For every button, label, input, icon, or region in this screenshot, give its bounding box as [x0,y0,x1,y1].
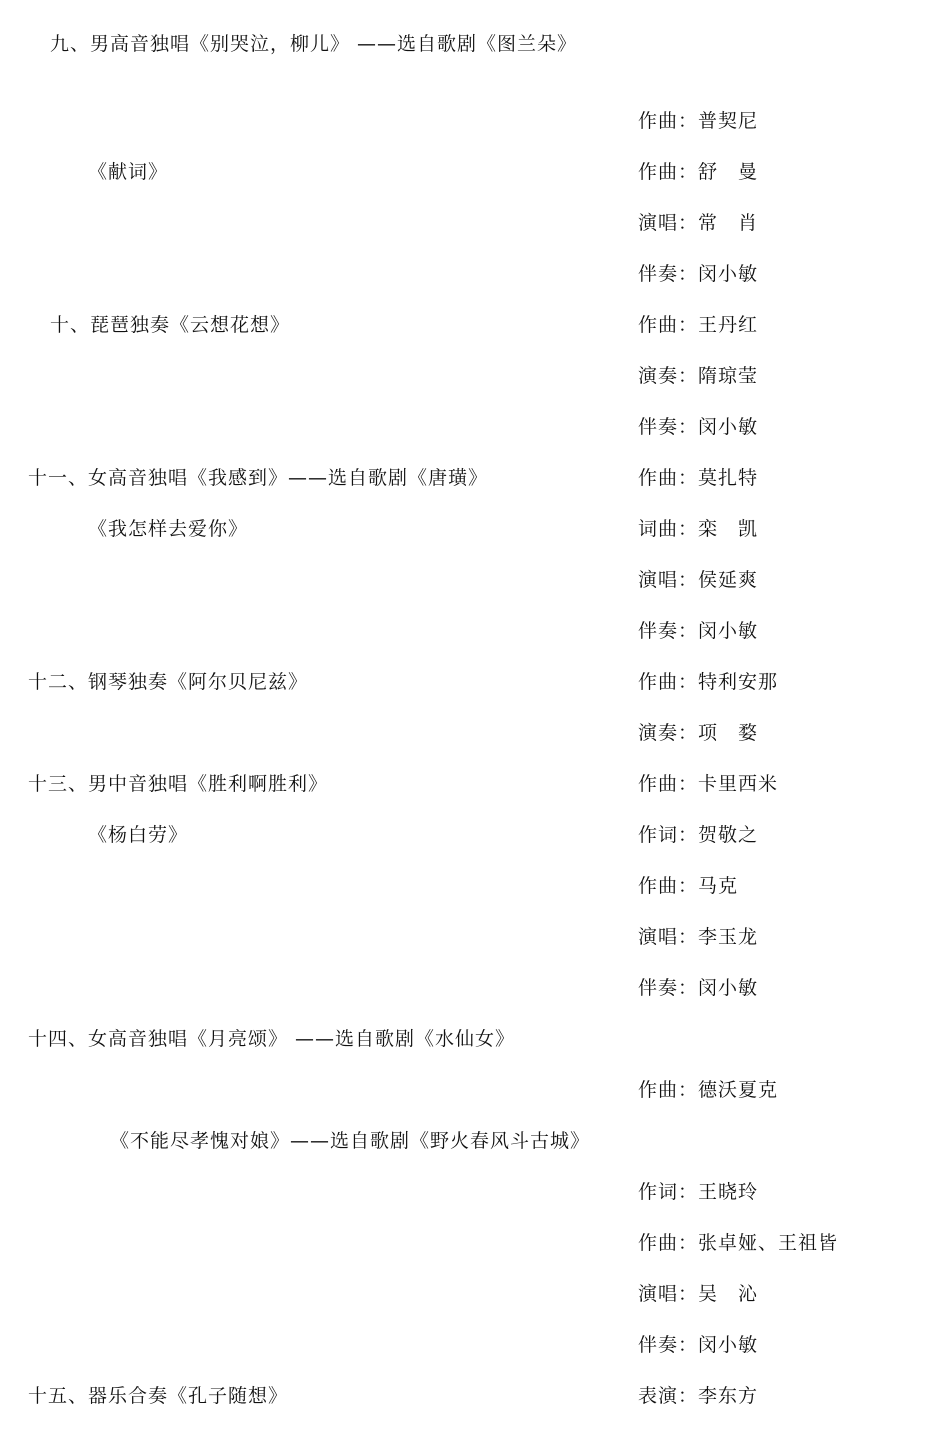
credit-line: 伴奏：闵小敏 [638,1330,758,1360]
credit-line: 伴奏：闵小敏 [638,616,758,646]
program-item-15-title: 十五、器乐合奏《孔子随想》 [28,1381,288,1411]
credit-line: 作曲：王丹红 [638,310,758,340]
credit-line: 作曲：莫扎特 [638,463,758,493]
credit-line: 作词：贺敬之 [638,820,758,850]
credit-line: 作词：王晓玲 [638,1177,758,1207]
credit-line: 作曲：卡里西米 [638,769,778,799]
credit-line: 作曲：舒 曼 [638,157,758,187]
credit-line: 词曲：栾 凯 [638,514,758,544]
credit-line: 作曲：张卓娅、王祖皆 [638,1228,838,1258]
credit-line: 作曲：马克 [638,871,738,901]
program-item-10-title: 十、琵琶独奏《云想花想》 [50,310,290,340]
credit-line: 演唱：李玉龙 [638,922,758,952]
program-item-11-title: 十一、女高音独唱《我感到》——选自歌剧《唐璜》 [28,463,488,493]
program-subtitle: 《我怎样去爱你》 [88,514,248,544]
credit-line: 作曲：德沃夏克 [638,1075,778,1105]
credit-line: 演奏：项 婺 [638,718,758,748]
credit-line: 演唱：侯延爽 [638,565,758,595]
concert-program-page: 九、男高音独唱《别哭泣，柳儿》 ——选自歌剧《图兰朵》 作曲：普契尼 《献词》 … [0,0,937,1455]
credit-line: 伴奏：闵小敏 [638,412,758,442]
program-subtitle: 《献词》 [88,157,168,187]
program-subtitle: 《不能尽孝愧对娘》——选自歌剧《野火春风斗古城》 [110,1126,590,1156]
program-item-14-title: 十四、女高音独唱《月亮颂》 ——选自歌剧《水仙女》 [28,1024,515,1054]
program-item-12-title: 十二、钢琴独奏《阿尔贝尼兹》 [28,667,308,697]
credit-line: 演唱：常 肖 [638,208,758,238]
credit-line: 伴奏：闵小敏 [638,259,758,289]
credit-line: 伴奏：闵小敏 [638,973,758,1003]
credit-line: 作曲：普契尼 [638,106,758,136]
program-subtitle: 《杨白劳》 [88,820,188,850]
credit-line: 作曲：特利安那 [638,667,778,697]
credit-line: 表演：李东方 [638,1381,758,1411]
credit-line: 演唱：吴 沁 [638,1279,758,1309]
program-item-13-title: 十三、男中音独唱《胜利啊胜利》 [28,769,328,799]
credit-line: 演奏：隋琼莹 [638,361,758,391]
program-item-9-title: 九、男高音独唱《别哭泣，柳儿》 ——选自歌剧《图兰朵》 [50,29,577,59]
